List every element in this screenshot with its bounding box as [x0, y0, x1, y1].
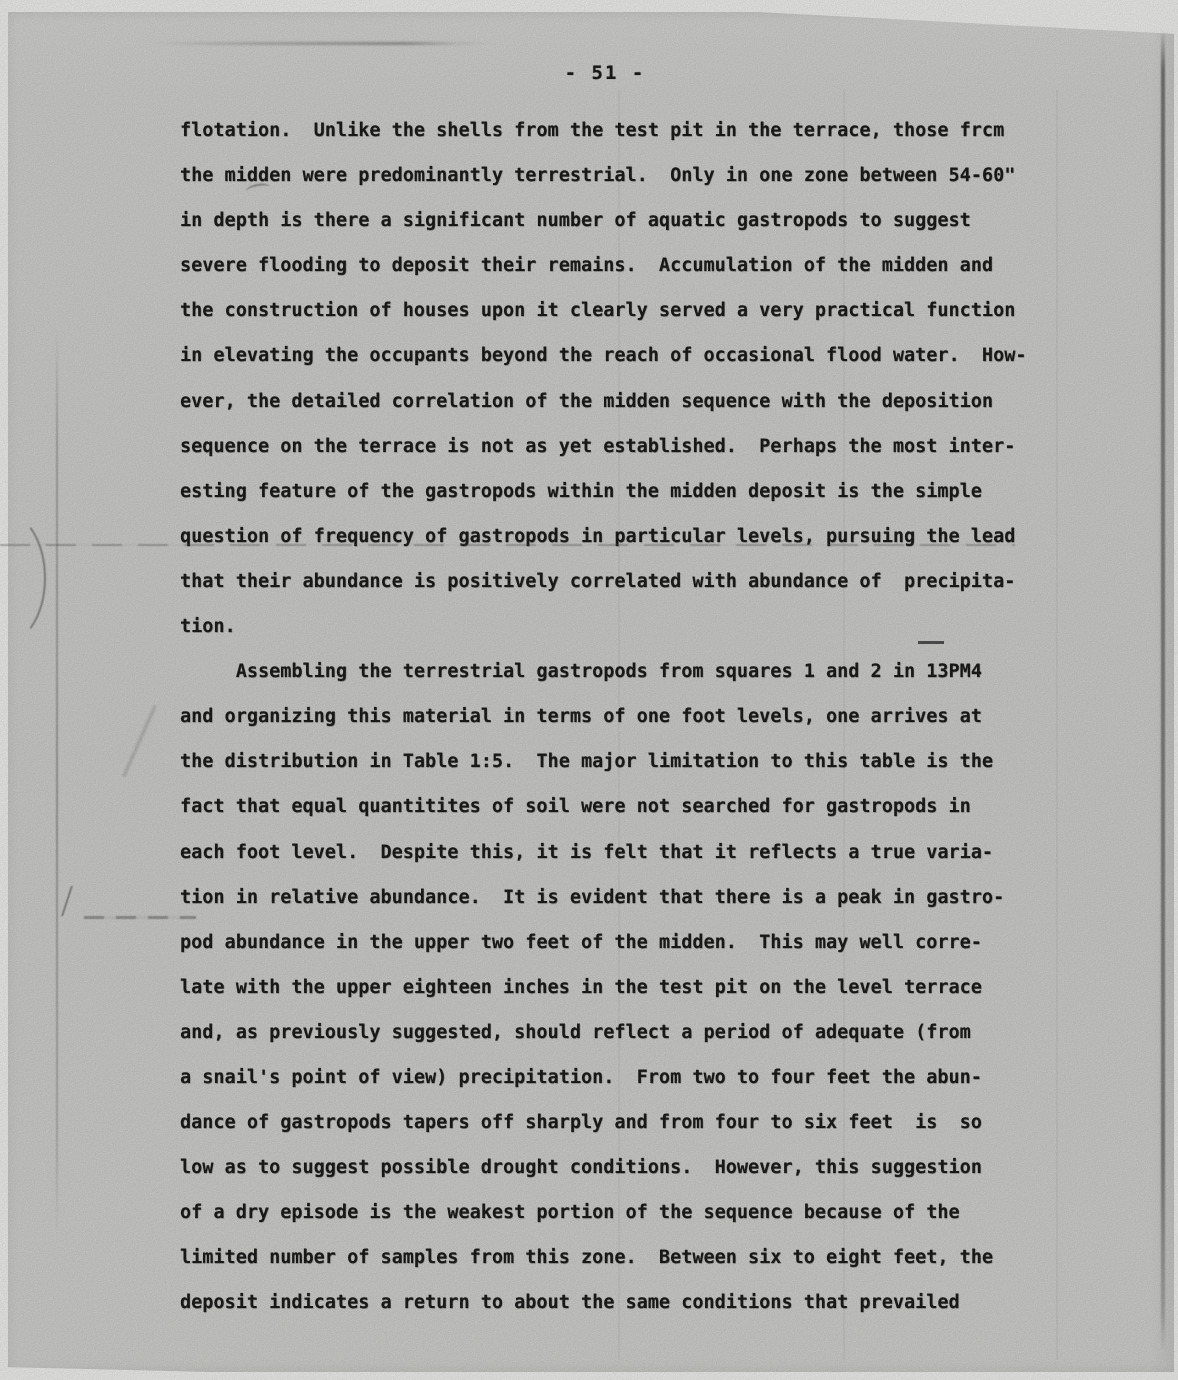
text-block: flotation. Unlike the shells from the te…: [180, 108, 1060, 1326]
text-line: a snail's point of view) precipitation. …: [180, 1055, 1060, 1100]
text-line: late with the upper eighteen inches in t…: [180, 965, 1060, 1010]
text-line: each foot level. Despite this, it is fel…: [180, 830, 1060, 875]
text-line: and, as previously suggested, should ref…: [180, 1010, 1060, 1055]
text-line: that their abundance is positively corre…: [180, 559, 1060, 604]
text-line: of a dry episode is the weakest portion …: [180, 1190, 1060, 1235]
text-line: the midden were predominantly terrestria…: [180, 153, 1060, 198]
text-line: esting feature of the gastropods within …: [180, 469, 1060, 514]
text-line: ever, the detailed correlation of the mi…: [180, 379, 1060, 424]
text-line: dance of gastropods tapers off sharply a…: [180, 1100, 1060, 1145]
text-line: low as to suggest possible drought condi…: [180, 1145, 1060, 1190]
scanned-page: - 51 - flotation. Unlike the shells from…: [8, 12, 1174, 1372]
text-line: Assembling the terrestrial gastropods fr…: [180, 649, 1060, 694]
text-line: fact that equal quantitites of soil were…: [180, 784, 1060, 829]
text-line: tion.: [180, 604, 1060, 649]
text-line: in elevating the occupants beyond the re…: [180, 333, 1060, 378]
text-line: the distribution in Table 1:5. The major…: [180, 739, 1060, 784]
text-line: tion in relative abundance. It is eviden…: [180, 875, 1060, 920]
page-number: - 51 -: [22, 62, 1178, 84]
text-line: flotation. Unlike the shells from the te…: [180, 108, 1060, 153]
text-line: sequence on the terrace is not as yet es…: [180, 424, 1060, 469]
text-line: in depth is there a significant number o…: [180, 198, 1060, 243]
text-line: the construction of houses upon it clear…: [180, 288, 1060, 333]
text-line: severe flooding to deposit their remains…: [180, 243, 1060, 288]
text-line: and organizing this material in terms of…: [180, 694, 1060, 739]
text-line: pod abundance in the upper two feet of t…: [180, 920, 1060, 965]
text-line: question of frequency of gastropods in p…: [180, 514, 1060, 559]
text-line: deposit indicates a return to about the …: [180, 1280, 1060, 1325]
text-line: limited number of samples from this zone…: [180, 1235, 1060, 1280]
